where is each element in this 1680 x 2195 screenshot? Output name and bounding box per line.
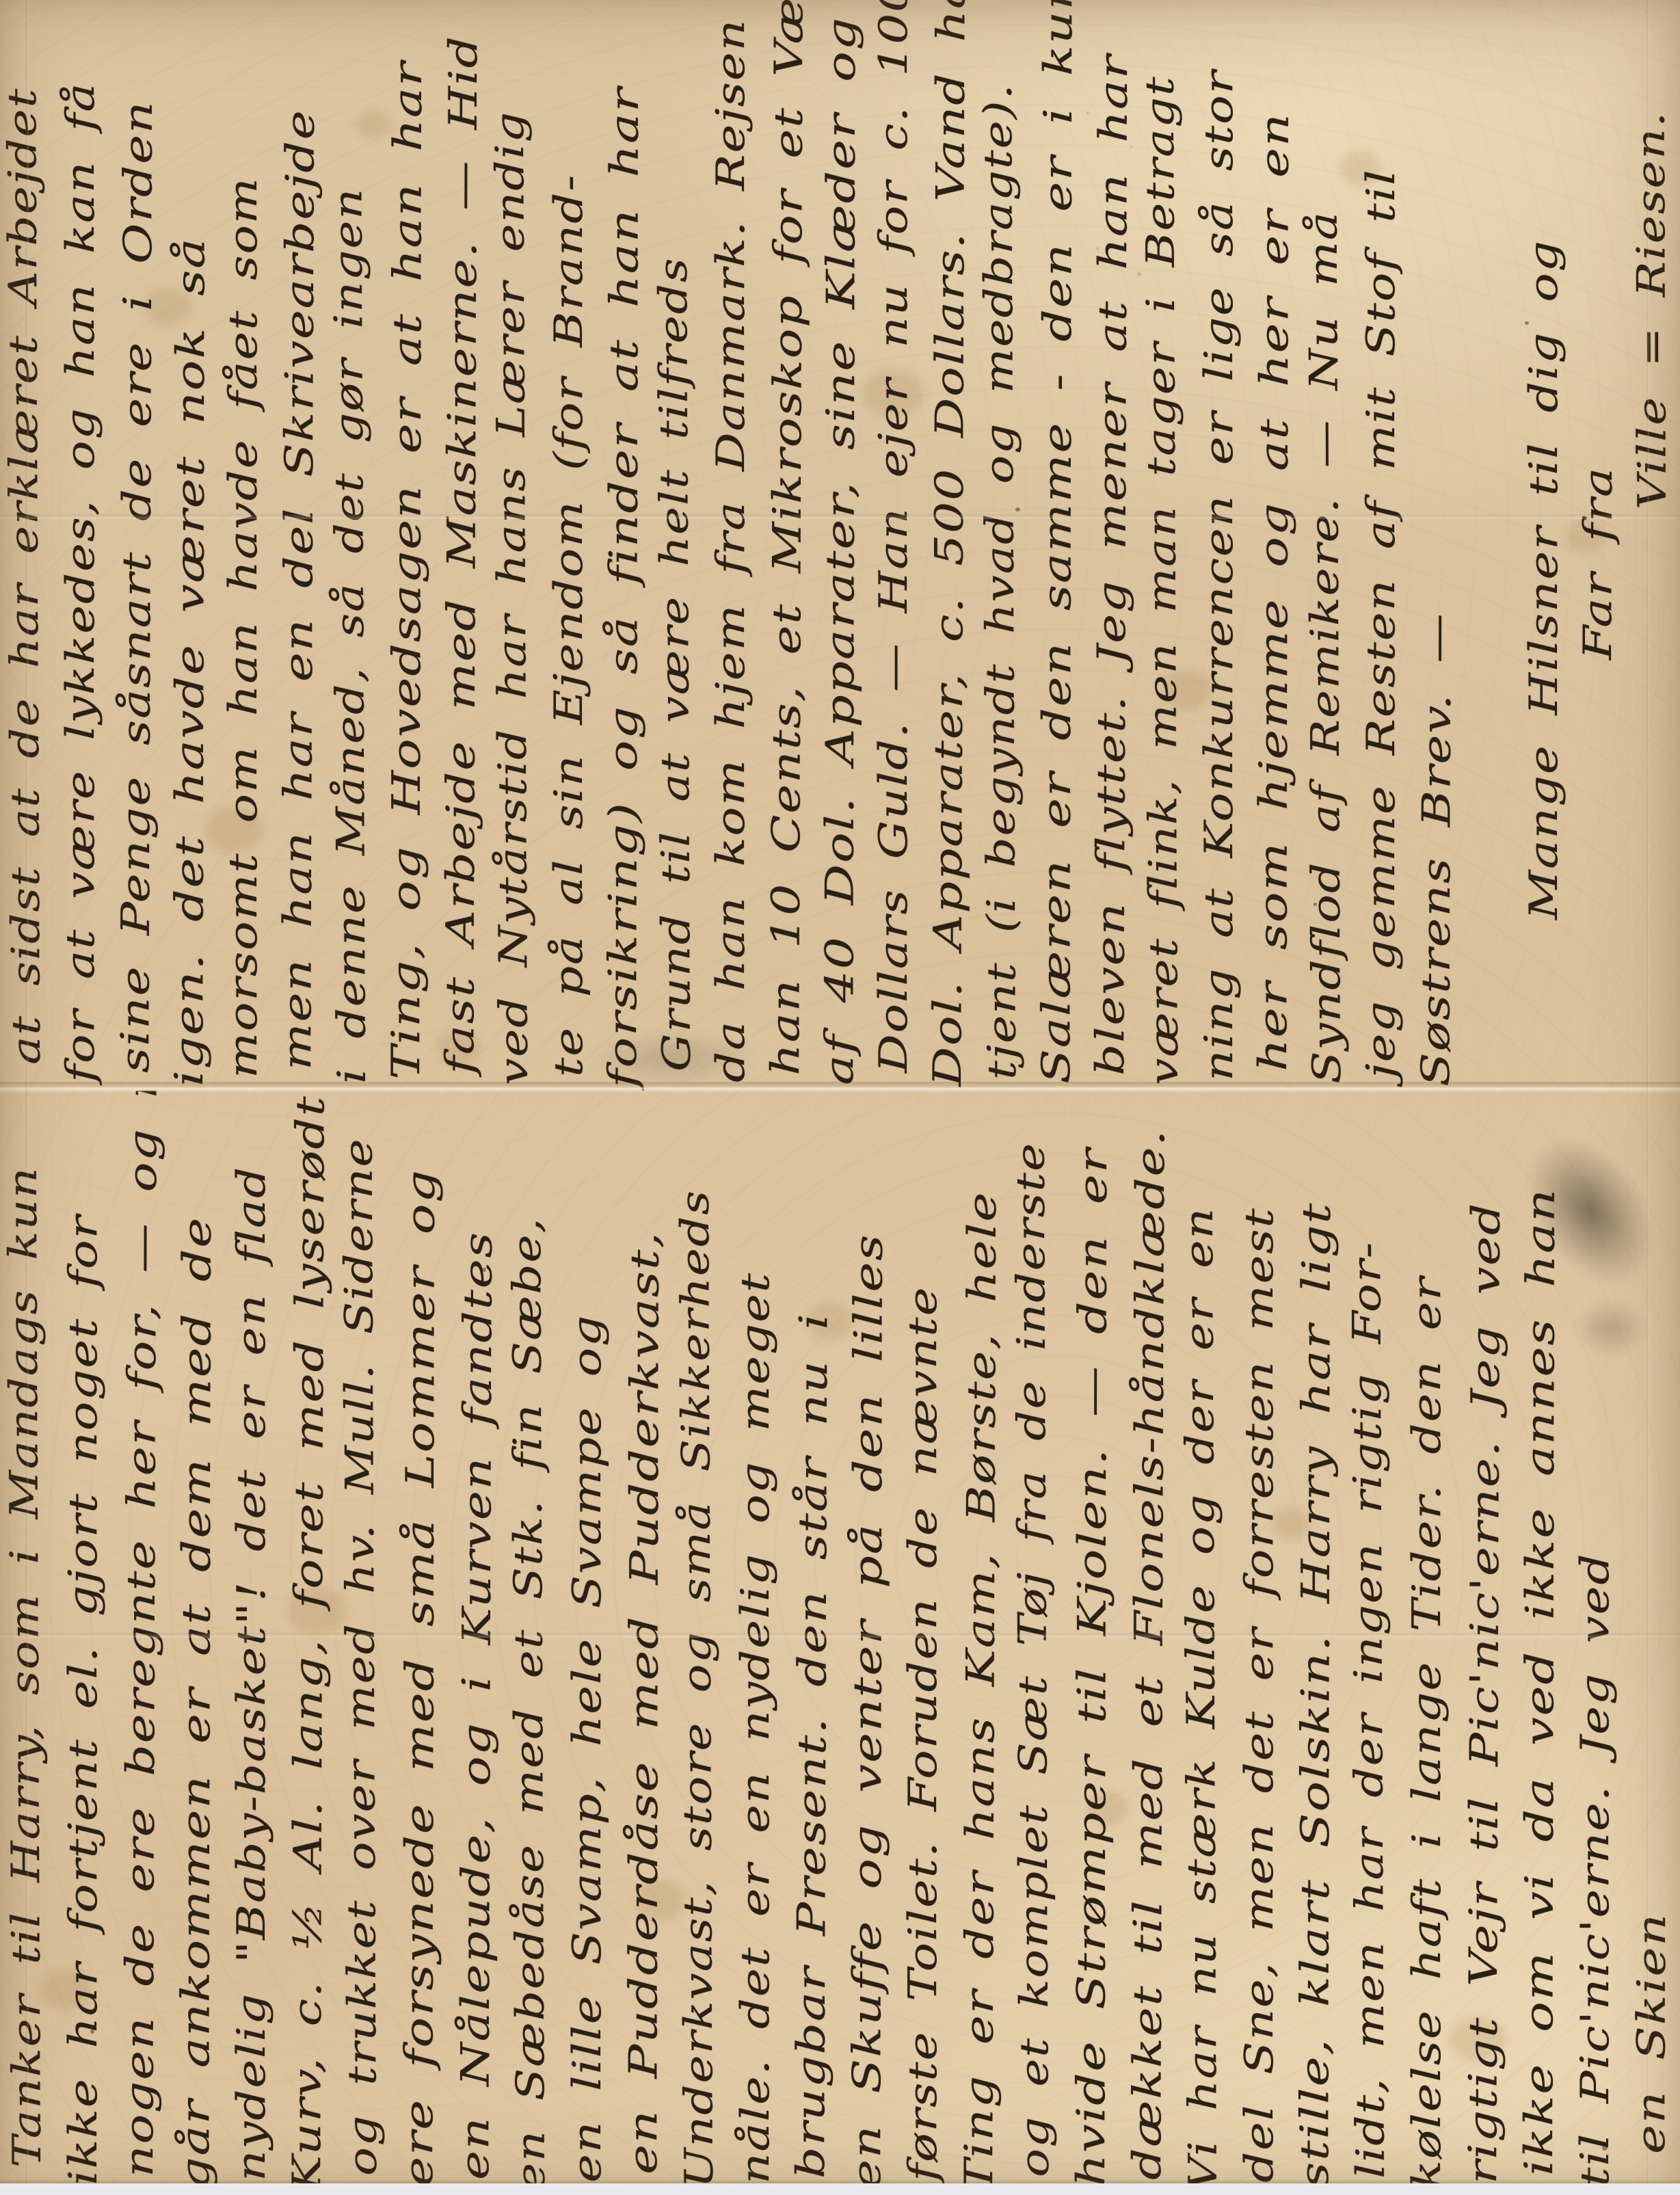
handwriting-line: Dollars Guld. — Han ejer nu for c. 1000 bbox=[867, 0, 921, 1091]
handwriting-text: morsomt om han havde fået som bbox=[217, 176, 271, 1078]
handwriting-text: og trukket over med hv. Mull. Siderne bbox=[332, 1138, 392, 2177]
letter-scan: at sidst at de har erklæret Arbejdetfor … bbox=[0, 0, 1680, 2195]
handwriting-line: igen. det havde været nok så bbox=[163, 0, 217, 1091]
handwriting-text: ikke har fortjent el. gjort noget for bbox=[56, 1214, 112, 2185]
crease-vertical-left bbox=[26, 0, 29, 2195]
handwriting-line: nydelig "Baby-basket"! det er en flad bbox=[224, 1091, 280, 2195]
handwriting-line: da han kom hjem fra Danmark. Rejsen bbox=[704, 0, 758, 1091]
handwriting-line: Far fra bbox=[1571, 0, 1625, 1091]
handwriting-text: i denne Måned, så det gør ingen bbox=[321, 187, 379, 1084]
handwriting-text: en Nålepude, og i Kurven fandtes bbox=[448, 1231, 507, 2180]
handwriting-text: ning at Konkurrencen er lige så stor bbox=[1192, 70, 1246, 1081]
handwriting-line: brugbar Present. den står nu i bbox=[784, 1091, 840, 2195]
handwriting-text: sine Penge såsnart de ere i Orden bbox=[109, 100, 166, 1073]
fold-crease-quarter-upper bbox=[0, 514, 1680, 519]
handwriting-line: og et komplet Sæt Tøj fra de inderste bbox=[1008, 1091, 1064, 2195]
handwriting-line: rigtigt Vejr til Pic'nic'erne. Jeg ved bbox=[1456, 1091, 1512, 2195]
handwriting-line: Syndflod af Remikere. — Nu må bbox=[1301, 0, 1355, 1091]
handwriting-text: første Toilet. Foruden de nævnte bbox=[896, 1286, 952, 2181]
handwriting-line: Ville = Riesen. bbox=[1626, 0, 1680, 1091]
handwriting-text: tjent (i begyndt hvad og medbragte). bbox=[971, 83, 1030, 1080]
handwriting-text: Dol. Apparater, c. 500 Dollars. Vand har… bbox=[921, 0, 979, 1087]
handwriting-text: te på al sin Ejendom (for Brand- bbox=[542, 174, 596, 1077]
handwriting-line: kølelse haft i lange Tider. den er bbox=[1400, 1091, 1456, 2195]
fold-crease-quarter-lower bbox=[0, 1633, 1680, 1638]
handwriting-text: her som hjemme og at her er en bbox=[1246, 112, 1303, 1072]
handwriting-line: men han har en del Skrivearbejde bbox=[271, 0, 325, 1091]
handwriting-text: nydelig "Baby-basket"! det er en flad bbox=[224, 1166, 280, 2181]
handwriting-text: Kurv, c. ½ Al. lang, foret med lyserødt bbox=[280, 1095, 339, 2192]
handwriting-line: ikke har fortjent el. gjort noget for bbox=[56, 1091, 112, 2195]
handwriting-line: Grund til at være helt tilfreds bbox=[650, 0, 704, 1091]
handwriting-text: han 10 Cents, et Mikroskop for et Værd bbox=[759, 0, 817, 1076]
handwriting-line: Søstrens Brev. — bbox=[1409, 0, 1463, 1091]
handwriting-text: brugbar Present. den står nu i bbox=[784, 1312, 842, 2179]
scanner-bed-strip bbox=[0, 2183, 1680, 2195]
handwriting-text: til Pic'nic'erne. Jeg ved bbox=[1568, 1553, 1624, 2187]
handwriting-line: Kurv, c. ½ Al. lang, foret med lyserødt bbox=[280, 1091, 336, 2195]
handwriting-line: Dol. Apparater, c. 500 Dollars. Vand har… bbox=[921, 0, 975, 1091]
handwriting-text: Grund til at være helt tilfreds bbox=[647, 256, 704, 1072]
handwriting-line: stille, klart Solskin. Harry har ligt bbox=[1288, 1091, 1344, 2195]
handwriting-text: fast Arbejde med Maskinerne. — Hid bbox=[434, 35, 491, 1074]
handwriting-line: en Skuffe og venter på den lilles bbox=[840, 1091, 896, 2195]
page-top: at sidst at de har erklæret Arbejdetfor … bbox=[0, 0, 1680, 1091]
handwriting-text: Underkvast, store og små Sikkerheds bbox=[667, 1189, 728, 2188]
handwriting-text: rigtigt Vejr til Pic'nic'erne. Jeg ved bbox=[1456, 1202, 1515, 2185]
handwriting-line: en Pudderdåse med Pudderkvast, bbox=[616, 1091, 672, 2195]
handwriting-line: jeg gemme Resten af mit Stof til bbox=[1355, 0, 1409, 1091]
handwriting-line: han 10 Cents, et Mikroskop for et Værd bbox=[759, 0, 813, 1091]
handwriting-line: hvide Strømper til Kjolen. — den er bbox=[1064, 1091, 1120, 2195]
handwriting-text: Ville = Riesen. bbox=[1624, 111, 1680, 509]
handwriting-text: jeg gemme Resten af mit Stof til bbox=[1355, 169, 1409, 1078]
handwriting-line: ved Nytårstid har hans Lærer endig bbox=[488, 0, 542, 1091]
handwriting-text: en Pudderdåse med Pudderkvast, bbox=[616, 1231, 674, 2174]
handwriting-line: te på al sin Ejendom (for Brand- bbox=[542, 0, 596, 1091]
page-bottom: Tanker til Harry, som i Mandags kunikke … bbox=[0, 1091, 1680, 2195]
handwriting-line: for at være lykkedes, og han kan få bbox=[54, 0, 108, 1091]
handwriting-text: Mange Hilsner til dig og bbox=[1517, 239, 1571, 920]
handwriting-line: Ting er der hans Kam, Børste, hele bbox=[952, 1091, 1008, 2195]
handwriting-line: del Sne, men det er forresten mest bbox=[1232, 1091, 1288, 2195]
handwriting-line: af 40 Dol. Apparater, sine Klæder og Sko bbox=[813, 0, 867, 1091]
handwriting-line: en lille Svamp, hele Svampe og bbox=[560, 1091, 616, 2195]
handwriting-line: Underkvast, store og små Sikkerheds bbox=[672, 1091, 728, 2195]
handwriting-text: en Sæbedåse med et Stk. fin Sæbe, bbox=[500, 1216, 560, 2191]
handwriting-text: men han har en del Skrivearbejde bbox=[271, 109, 328, 1070]
crease-vertical-right bbox=[1646, 0, 1649, 2195]
handwriting-text: af 40 Dol. Apparater, sine Klæder og Sko bbox=[813, 0, 870, 1085]
handwriting-text: Ting er der hans Kam, Børste, hele bbox=[952, 1191, 1011, 2193]
handwriting-text: går ankommen er at dem med de bbox=[168, 1216, 226, 2190]
handwriting-text: Syndflod af Remikere. — Nu må bbox=[1297, 211, 1355, 1084]
handwriting-text: igen. det havde været nok så bbox=[163, 237, 219, 1087]
handwriting-line: en Sæbedåse med et Stk. fin Sæbe, bbox=[504, 1091, 560, 2195]
handwriting-text: og et komplet Sæt Tøj fra de inderste bbox=[1004, 1142, 1064, 2178]
handwriting-text: en Skuffe og venter på den lilles bbox=[840, 1234, 898, 2190]
handwriting-line: nåle. det er en nydelig og meget bbox=[728, 1091, 784, 2195]
handwriting-text: Vi har nu stærk Kulde og der er en bbox=[1172, 1207, 1232, 2191]
handwriting-line: Ting, og Hovedsagen er at han har bbox=[379, 0, 434, 1091]
handwriting-text: en Skien bbox=[1624, 1913, 1680, 2154]
handwriting-text: ved Nytårstid har hans Lærer endig bbox=[483, 111, 542, 1085]
handwriting-text: Søstrens Brev. — bbox=[1409, 612, 1465, 1087]
handwriting-line bbox=[1463, 0, 1517, 1091]
handwriting-line: Mange Hilsner til dig og bbox=[1517, 0, 1571, 1091]
handwriting-line: Vi har nu stærk Kulde og der er en bbox=[1176, 1091, 1232, 2195]
handwriting-line: i denne Måned, så det gør ingen bbox=[325, 0, 379, 1091]
handwriting-text: Far fra bbox=[1571, 466, 1626, 660]
ink-spray-speckles bbox=[1064, 88, 1194, 300]
handwriting-text: dækket til med et Flonels-håndklæde. bbox=[1120, 1129, 1179, 2181]
handwriting-line: går ankommen er at dem med de bbox=[168, 1091, 224, 2195]
handwriting-line: her som hjemme og at her er en bbox=[1246, 0, 1301, 1091]
handwriting-text: ere forsynede med små Lommer og bbox=[392, 1169, 450, 2187]
handwriting-line: ere forsynede med små Lommer og bbox=[392, 1091, 448, 2195]
handwriting-text: en lille Svamp, hele Svampe og bbox=[560, 1314, 616, 2183]
page-bottom-text: Tanker til Harry, som i Mandags kunikke … bbox=[0, 1091, 1680, 2195]
handwriting-text: lidt, men har der ingen rigtig For- bbox=[1339, 1241, 1400, 2179]
handwriting-text: Dollars Guld. — Han ejer nu for c. 1000 bbox=[867, 0, 921, 1073]
handwriting-line: første Toilet. Foruden de nævnte bbox=[896, 1091, 952, 2195]
handwriting-line: ning at Konkurrencen er lige så stor bbox=[1192, 0, 1246, 1091]
handwriting-line: sine Penge såsnart de ere i Orden bbox=[109, 0, 163, 1091]
handwriting-text: del Sne, men det er forresten mest bbox=[1232, 1207, 1288, 2183]
handwriting-line: tjent (i begyndt hvad og medbragte). bbox=[976, 0, 1030, 1091]
handwriting-line: morsomt om han havde fået som bbox=[217, 0, 271, 1091]
fold-crease-main bbox=[0, 1082, 1680, 1093]
handwriting-line: nogen de ere beregnte her for, — og i bbox=[112, 1091, 168, 2195]
page-top-text: at sidst at de har erklæret Arbejdetfor … bbox=[0, 0, 1680, 1091]
handwriting-text: da han kom hjem fra Danmark. Rejsen bbox=[704, 18, 758, 1082]
handwriting-text: hvide Strømper til Kjolen. — den er bbox=[1064, 1147, 1122, 2187]
handwriting-line: dækket til med et Flonels-håndklæde. bbox=[1120, 1091, 1176, 2195]
handwriting-text: kølelse haft i lange Tider. den er bbox=[1400, 1276, 1456, 2190]
ink-smudge-small bbox=[1573, 1299, 1648, 1357]
handwriting-line: en Nålepude, og i Kurven fandtes bbox=[448, 1091, 504, 2195]
handwriting-text: ikke om vi da ved ikke annes han bbox=[1512, 1188, 1570, 2176]
handwriting-text: stille, klart Solskin. Harry har ligt bbox=[1288, 1202, 1346, 2188]
handwriting-line: fast Arbejde med Maskinerne. — Hid bbox=[434, 0, 488, 1091]
handwriting-text: Ting, og Hovedsagen er at han har bbox=[379, 61, 436, 1080]
handwriting-line: lidt, men har der ingen rigtig For- bbox=[1344, 1091, 1400, 2195]
handwriting-text: forsikring) og så finder at han har bbox=[596, 86, 652, 1088]
handwriting-text: nåle. det er en nydelig og meget bbox=[728, 1272, 784, 2184]
handwriting-line: forsikring) og så finder at han har bbox=[596, 0, 650, 1091]
ink-smudge-fold bbox=[588, 1031, 759, 1085]
handwriting-line: og trukket over med hv. Mull. Siderne bbox=[336, 1091, 392, 2195]
handwriting-text: for at være lykkedes, og han kan få bbox=[54, 82, 108, 1082]
